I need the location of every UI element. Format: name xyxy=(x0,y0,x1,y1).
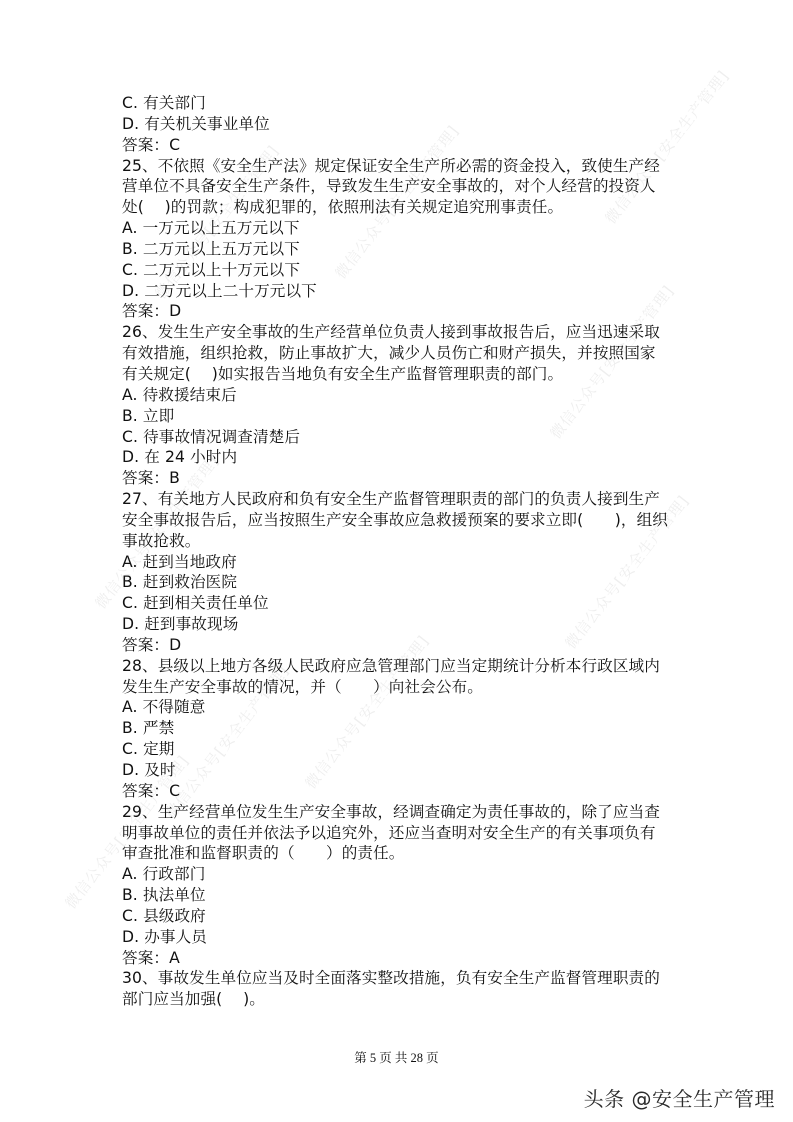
page-number-footer: 第 5 页 共 28 页 xyxy=(0,1048,793,1066)
question-line: 审查批准和监督职责的（ ）的责任。 xyxy=(122,843,682,864)
option-line: B. 赶到救治医院 xyxy=(122,572,682,593)
option-line: A. 一万元以上五万元以下 xyxy=(122,218,682,239)
question-line: 安全事故报告后，应当按照生产安全事故应急救援预案的要求立即( )，组织 xyxy=(122,510,682,531)
question-line: 处( )的罚款；构成犯罪的，依照刑法有关规定追究刑事责任。 xyxy=(122,197,682,218)
source-brand-watermark: 头条 @安全生产管理 xyxy=(584,1083,775,1112)
option-line: D. 赶到事故现场 xyxy=(122,614,682,635)
option-line: A. 赶到当地政府 xyxy=(122,552,682,573)
question-line: 27、有关地方人民政府和负有安全生产监督管理职责的部门的负责人接到生产 xyxy=(122,489,682,510)
option-line: B. 立即 xyxy=(122,406,682,427)
option-line: A. 不得随意 xyxy=(122,697,682,718)
question-line: 明事故单位的责任并依法予以追究外，还应当查明对安全生产的有关事项负有 xyxy=(122,823,682,844)
question-line: 有效措施，组织抢救，防止事故扩大，减少人员伤亡和财产损失，并按照国家 xyxy=(122,343,682,364)
option-line: D. 及时 xyxy=(122,760,682,781)
option-line: A. 待救援结束后 xyxy=(122,385,682,406)
answer-line: 答案：D xyxy=(122,301,682,322)
option-line: A. 行政部门 xyxy=(122,864,682,885)
option-line: C. 有关部门 xyxy=(122,93,682,114)
question-line: 部门应当加强( )。 xyxy=(122,989,682,1010)
question-line: 有关规定( )如实报告当地负有安全生产监督管理职责的部门。 xyxy=(122,364,682,385)
option-line: B. 执法单位 xyxy=(122,885,682,906)
answer-line: 答案：D xyxy=(122,635,682,656)
question-line: 26、发生生产安全事故的生产经营单位负责人接到事故报告后，应当迅速采取 xyxy=(122,322,682,343)
answer-line: 答案：C xyxy=(122,781,682,802)
answer-line: 答案：C xyxy=(122,135,682,156)
question-line: 30、事故发生单位应当及时全面落实整改措施，负有安全生产监督管理职责的 xyxy=(122,968,682,989)
option-line: C. 二万元以上十万元以下 xyxy=(122,260,682,281)
option-line: C. 县级政府 xyxy=(122,906,682,927)
document-body: C. 有关部门 D. 有关机关事业单位 答案：C 25、不依照《安全生产法》规定… xyxy=(122,93,682,1010)
document-page: 微信公众号[安全生产管理] 微信公众号[安全生产管理] 微信公众号[安全生产管理… xyxy=(0,0,793,1122)
question-line: 29、生产经营单位发生生产安全事故，经调查确定为责任事故的，除了应当查 xyxy=(122,802,682,823)
question-line: 事故抢救。 xyxy=(122,531,682,552)
question-line: 25、不依照《安全生产法》规定保证安全生产所必需的资金投入，致使生产经 xyxy=(122,156,682,177)
option-line: B. 二万元以上五万元以下 xyxy=(122,239,682,260)
question-line: 发生生产安全事故的情况，并（ ）向社会公布。 xyxy=(122,677,682,698)
question-line: 营单位不具备安全生产条件，导致发生生产安全事故的，对个人经营的投资人 xyxy=(122,176,682,197)
question-line: 28、县级以上地方各级人民政府应急管理部门应当定期统计分析本行政区域内 xyxy=(122,656,682,677)
option-line: C. 定期 xyxy=(122,739,682,760)
option-line: C. 待事故情况调查清楚后 xyxy=(122,427,682,448)
option-line: D. 在 24 小时内 xyxy=(122,447,682,468)
option-line: D. 二万元以上二十万元以下 xyxy=(122,281,682,302)
answer-line: 答案：B xyxy=(122,468,682,489)
answer-line: 答案：A xyxy=(122,948,682,969)
option-line: D. 办事人员 xyxy=(122,927,682,948)
option-line: C. 赶到相关责任单位 xyxy=(122,593,682,614)
option-line: B. 严禁 xyxy=(122,718,682,739)
option-line: D. 有关机关事业单位 xyxy=(122,114,682,135)
